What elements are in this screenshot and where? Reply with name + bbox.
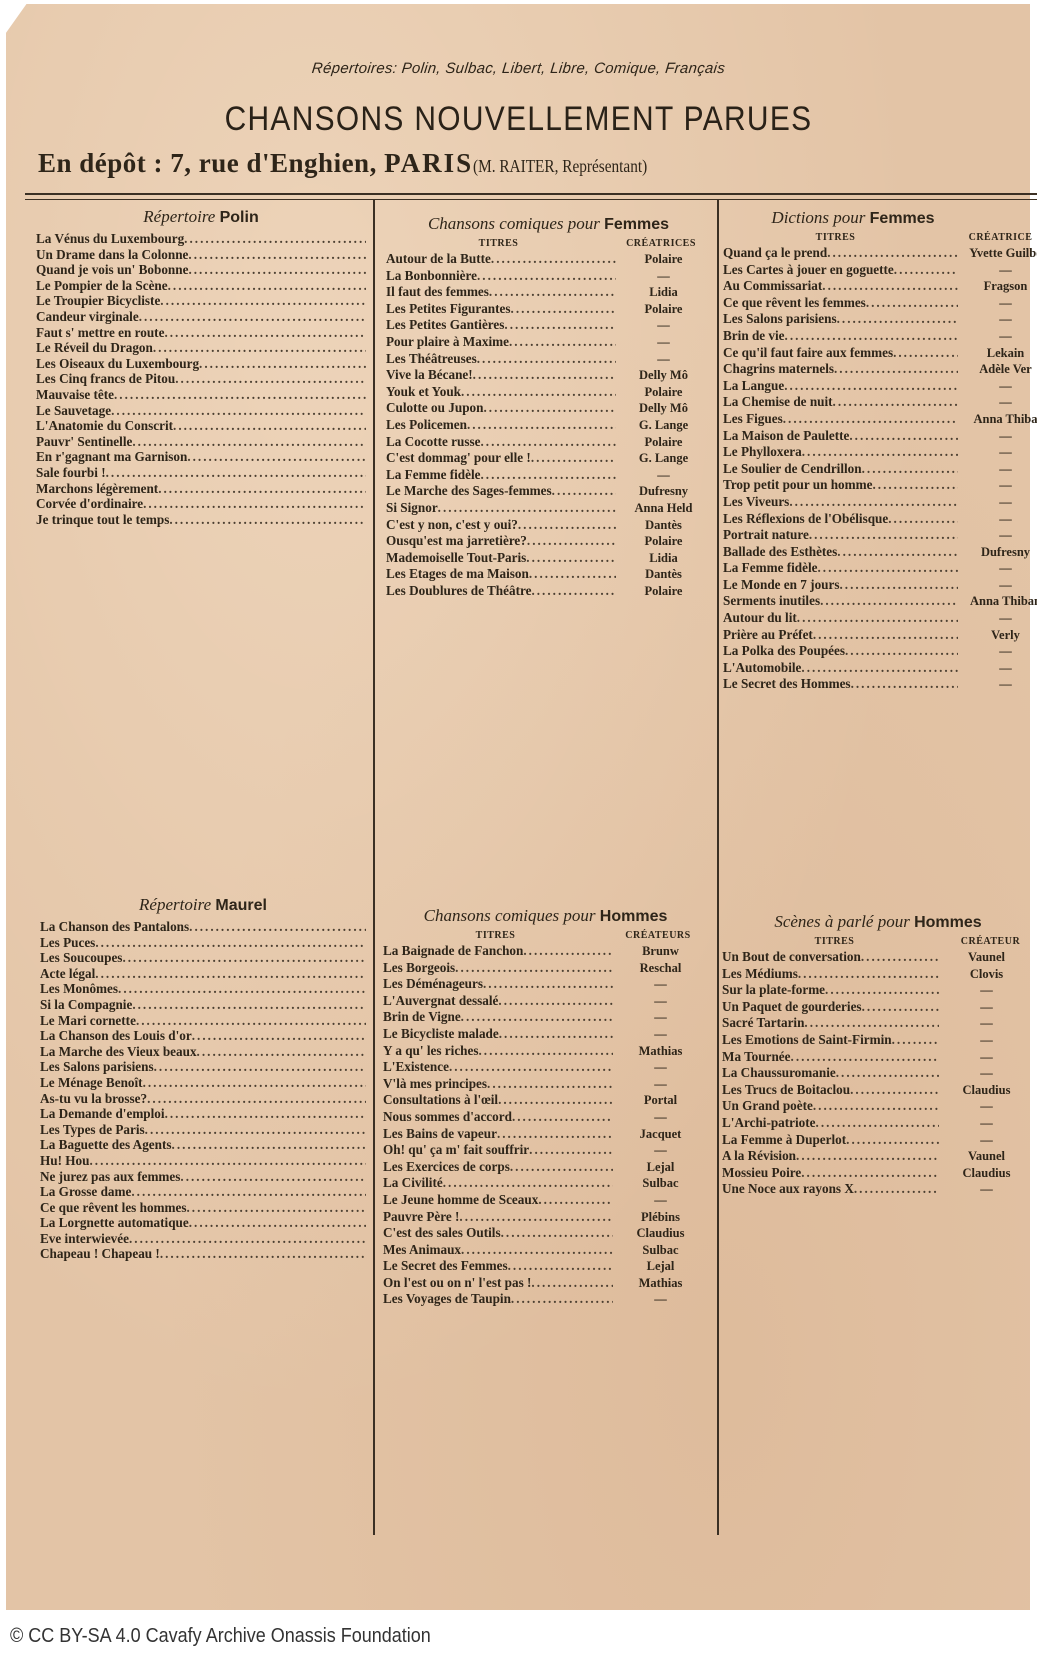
list-item: Chapeau ! Chapeau ! <box>40 1246 366 1262</box>
leader-dots <box>473 367 616 383</box>
leader-dots <box>153 340 366 356</box>
song-creator: Lidia <box>616 551 711 567</box>
song-creator: — <box>613 1027 708 1043</box>
song-creator: Portal <box>613 1093 708 1109</box>
song-creator: — <box>616 352 711 368</box>
song-title: Chapeau ! Chapeau ! <box>40 1246 160 1262</box>
leader-dots <box>785 328 958 344</box>
song-title: Pauvre Père ! <box>383 1209 459 1225</box>
song-title: Les Bains de vapeur <box>383 1126 497 1142</box>
leader-dots <box>145 1122 366 1138</box>
leader-dots <box>813 627 958 643</box>
list-item: Sacré Tartarin— <box>722 1015 1034 1032</box>
leader-dots <box>851 676 958 692</box>
song-title: Ce que rêvent les hommes <box>40 1200 187 1216</box>
leader-dots <box>461 1009 613 1025</box>
leader-dots <box>160 1246 366 1262</box>
song-title: La Maison de Paulette <box>723 428 849 444</box>
song-creator: — <box>616 318 711 334</box>
song-list: Quand ça le prendYvette GuilbeLes Cartes… <box>723 245 1037 693</box>
list-item: C'est dommag' pour elle !G. Lange <box>386 450 711 467</box>
leader-dots <box>498 1092 613 1108</box>
section-scenes-hommes: Scènes à parlé pour Hommes TITRES CRÉATE… <box>722 912 1034 1198</box>
list-item: Mossieu PoireClaudius <box>722 1165 1034 1182</box>
song-title: L'Existence <box>383 1059 449 1075</box>
song-creator: Reschal <box>613 961 708 977</box>
leader-dots <box>487 1076 613 1092</box>
song-creator: — <box>958 528 1037 544</box>
leader-dots <box>538 1192 613 1208</box>
song-title: Ballade des Esthètes <box>723 544 837 560</box>
list-item: La Bonbonnière— <box>386 268 711 285</box>
list-item: L'Existence— <box>383 1059 708 1076</box>
list-item: Mademoiselle Tout-ParisLidia <box>386 550 711 567</box>
song-title: C'est dommag' pour elle ! <box>386 450 531 466</box>
list-item: Marchons légèrement <box>36 481 366 497</box>
song-creator: — <box>613 1110 708 1126</box>
leader-dots <box>491 251 616 267</box>
leader-dots <box>845 643 958 659</box>
list-item: C'est des sales OutilsClaudius <box>383 1225 708 1242</box>
list-item: Nous sommes d'accord— <box>383 1109 708 1126</box>
leader-dots <box>489 284 616 300</box>
list-item: Corvée d'ordinaire <box>36 496 366 512</box>
list-item: Portrait nature— <box>723 527 1037 544</box>
song-title: L'Auvergnat dessalé <box>383 993 498 1009</box>
leader-dots <box>443 1175 613 1191</box>
leader-dots <box>512 1109 613 1125</box>
song-creator: G. Lange <box>616 418 711 434</box>
song-title: La Polka des Poupées <box>723 643 845 659</box>
list-item: Le Troupier Bicycliste <box>36 293 366 309</box>
song-title: L'Automobile <box>723 660 801 676</box>
list-item: Youk et YoukPolaire <box>386 384 711 401</box>
song-title: Youk et Youk <box>386 384 461 400</box>
song-creator: — <box>958 429 1037 445</box>
list-item: Les Cartes à jouer en goguette— <box>723 262 1037 279</box>
song-creator: Anna Held <box>616 501 711 517</box>
song-creator: Dantès <box>616 518 711 534</box>
list-item: Si SignorAnna Held <box>386 500 711 517</box>
song-title: Mauvaise tête <box>36 387 114 403</box>
leader-dots <box>467 417 616 433</box>
leader-dots <box>199 356 366 372</box>
leader-dots <box>154 1059 366 1075</box>
song-creator: — <box>939 1182 1034 1198</box>
song-creator: — <box>958 661 1037 677</box>
section-title: Dictions pour Femmes <box>723 208 983 228</box>
song-title: La Grosse dame <box>40 1184 131 1200</box>
song-title: Corvée d'ordinaire <box>36 496 143 512</box>
leader-dots <box>784 378 958 394</box>
song-title: Les Viveurs <box>723 494 789 510</box>
song-title: A la Révision <box>722 1148 796 1164</box>
song-creator: Vaunel <box>939 950 1034 966</box>
col-titles: TITRES <box>383 930 608 941</box>
song-title: C'est y non, c'est y oui? <box>386 517 518 533</box>
song-title: Les Borgeois <box>383 960 455 976</box>
list-item: Les Monômes <box>40 981 366 997</box>
leader-dots <box>888 511 958 527</box>
leader-dots <box>95 935 366 951</box>
song-title: Le Troupier Bicycliste <box>36 293 160 309</box>
song-creator: Polaire <box>616 385 711 401</box>
list-item: Pauvre Père !Plébins <box>383 1209 708 1226</box>
leader-dots <box>801 1165 939 1181</box>
song-creator: Claudius <box>613 1226 708 1242</box>
list-item: Brin de Vigne— <box>383 1009 708 1026</box>
section-dictions-femmes: Dictions pour Femmes TITRES CRÉATRICE Qu… <box>723 208 1037 693</box>
song-title: L'Anatomie du Conscrit <box>36 418 173 434</box>
song-title: Les Médiums <box>722 966 798 982</box>
song-creator: — <box>939 1133 1034 1149</box>
list-item: Un Grand poète— <box>722 1098 1034 1115</box>
leader-dots <box>461 384 616 400</box>
song-list: La Chanson des PantalonsLes PucesLes Sou… <box>40 919 366 1262</box>
list-item: Les Doublures de ThéâtrePolaire <box>386 583 711 600</box>
song-creator: — <box>958 644 1037 660</box>
song-title: Ousqu'est ma jarretière? <box>386 533 527 549</box>
list-item: La Femme fidèle— <box>386 467 711 484</box>
song-creator: — <box>958 495 1037 511</box>
list-item: La Chanson des Louis d'or <box>40 1028 366 1044</box>
song-creator: Clovis <box>939 967 1034 983</box>
leader-dots <box>95 966 366 982</box>
list-item: Les Viveurs— <box>723 494 1037 511</box>
song-title: Marchons légèrement <box>36 481 158 497</box>
song-creator: Polaire <box>616 435 711 451</box>
song-creator: G. Lange <box>616 451 711 467</box>
leader-dots <box>850 1082 939 1098</box>
song-creator: Anna Thiban <box>958 594 1037 610</box>
song-creator: — <box>939 1000 1034 1016</box>
column-headers: TITRES CRÉATEURS <box>383 930 708 941</box>
song-creator: Jacquet <box>613 1127 708 1143</box>
list-item: Ce que rêvent les hommes <box>40 1200 366 1216</box>
list-item: Les Cinq francs de Pitou <box>36 371 366 387</box>
song-title: Les Policemen <box>386 417 467 433</box>
song-title: Trop petit pour un homme <box>723 477 872 493</box>
song-creator: — <box>613 1193 708 1209</box>
list-item: La Marche des Vieux beaux <box>40 1044 366 1060</box>
song-creator: — <box>616 269 711 285</box>
leader-dots <box>175 371 366 387</box>
list-item: On l'est ou on n' l'est pas !Mathias <box>383 1275 708 1292</box>
leader-dots <box>791 1049 939 1065</box>
list-item: A la RévisionVaunel <box>722 1148 1034 1165</box>
song-list: Un Bout de conversationVaunelLes Médiums… <box>722 949 1034 1198</box>
leader-dots <box>526 550 616 566</box>
leader-dots <box>477 351 616 367</box>
song-title: La Marche des Vieux beaux <box>40 1044 197 1060</box>
leader-dots <box>797 610 958 626</box>
leader-dots <box>498 993 613 1009</box>
song-title: Les Cartes à jouer en goguette <box>723 262 894 278</box>
list-item: Hu! Hou <box>40 1153 366 1169</box>
list-item: Le Pompier de la Scène <box>36 278 366 294</box>
leader-dots <box>861 949 939 965</box>
list-item: Une Noce aux rayons X— <box>722 1181 1034 1198</box>
list-item: Sale fourbi ! <box>36 465 366 481</box>
song-creator: Claudius <box>939 1083 1034 1099</box>
song-title: On l'est ou on n' l'est pas ! <box>383 1275 531 1291</box>
list-item: Les Emotions de Saint-Firmin— <box>722 1032 1034 1049</box>
section-comiques-femmes: Chansons comiques pour Femmes TITRES CRÉ… <box>386 214 711 599</box>
song-title: Eve interwievée <box>40 1231 129 1247</box>
song-title: Le Jeune homme de Sceaux <box>383 1192 538 1208</box>
song-title: Les Types de Paris <box>40 1122 145 1138</box>
list-item: La Chanson des Pantalons <box>40 919 366 935</box>
song-title: Les Cinq francs de Pitou <box>36 371 175 387</box>
song-creator: Mathias <box>613 1276 708 1292</box>
list-item: Le Secret des Hommes— <box>723 676 1037 693</box>
song-title: Les Théâtreuses <box>386 351 477 367</box>
leader-dots <box>511 1291 613 1307</box>
leader-dots <box>187 1200 367 1216</box>
list-item: Les Petites Gantières— <box>386 317 711 334</box>
list-item: Quand je vois un' Bobonne <box>36 262 366 278</box>
list-item: Serments inutilesAnna Thiban <box>723 593 1037 610</box>
list-item: Mauvaise tête <box>36 387 366 403</box>
song-creator: — <box>958 611 1037 627</box>
list-item: Consultations à l'œilPortal <box>383 1092 708 1109</box>
song-title: Serments inutiles <box>723 593 820 609</box>
song-title: Les Monômes <box>40 981 118 997</box>
leader-dots <box>523 943 613 959</box>
leader-dots <box>481 434 617 450</box>
song-title: La Femme fidèle <box>386 467 480 483</box>
list-item: Vive la Bécane!Delly Mô <box>386 367 711 384</box>
song-title: V'là mes principes <box>383 1076 487 1092</box>
song-title: Le Bicycliste malade <box>383 1026 499 1042</box>
section-title: Répertoire Polin <box>36 207 366 227</box>
list-item: La Femme à Duperlot— <box>722 1132 1034 1149</box>
repertoires-line: Répertoires: Polin, Sulbac, Libert, Libr… <box>0 60 1037 77</box>
list-item: Oh! qu' ça m' fait souffrir— <box>383 1142 708 1159</box>
song-creator: — <box>613 1143 708 1159</box>
song-title: La Chanson des Louis d'or <box>40 1028 192 1044</box>
leader-dots <box>802 444 958 460</box>
song-title: Sale fourbi ! <box>36 465 106 481</box>
column-divider-left <box>373 200 375 1535</box>
list-item: La CivilitéSulbac <box>383 1175 708 1192</box>
list-item: Les Petites FigurantesPolaire <box>386 301 711 318</box>
leader-dots <box>849 428 958 444</box>
song-creator: Adèle Ver <box>958 362 1037 378</box>
song-title: La Femme fidèle <box>723 560 817 576</box>
list-item: Le Réveil du Dragon <box>36 340 366 356</box>
leader-dots <box>461 1242 613 1258</box>
song-creator: — <box>616 468 711 484</box>
list-item: Ce que rêvent les femmes— <box>723 295 1037 312</box>
leader-dots <box>180 1169 366 1185</box>
leader-dots <box>122 950 366 966</box>
song-title: La Lorgnette automatique <box>40 1215 189 1231</box>
leader-dots <box>822 278 958 294</box>
list-item: As-tu vu la brosse? <box>40 1091 366 1107</box>
list-item: Les Puces <box>40 935 366 951</box>
song-creator: Plébins <box>613 1210 708 1226</box>
song-creator: — <box>616 335 711 351</box>
list-item: La Cocotte russePolaire <box>386 434 711 451</box>
leader-dots <box>509 334 616 350</box>
col-creators: CRÉATEURS <box>608 930 708 941</box>
song-creator: — <box>958 561 1037 577</box>
leader-dots <box>552 483 616 499</box>
leader-dots <box>483 400 616 416</box>
song-creator: — <box>939 1016 1034 1032</box>
list-item: Autour de la ButtePolaire <box>386 251 711 268</box>
list-item: Le Bicycliste malade— <box>383 1026 708 1043</box>
song-title: Portrait nature <box>723 527 809 543</box>
leader-dots <box>111 403 366 419</box>
list-item: La Lorgnette automatique <box>40 1215 366 1231</box>
leader-dots <box>169 512 366 528</box>
song-title: Le Phylloxera <box>723 444 802 460</box>
leader-dots <box>131 1184 366 1200</box>
song-creator: — <box>613 1060 708 1076</box>
header-rule <box>25 193 1037 195</box>
song-title: Ce qu'il faut faire aux femmes <box>723 345 893 361</box>
song-creator: — <box>939 1066 1034 1082</box>
song-title: Les Déménageurs <box>383 976 483 992</box>
song-title: La Chaussuromanie <box>722 1065 836 1081</box>
leader-dots <box>816 1115 939 1131</box>
song-title: Les Petites Gantières <box>386 317 504 333</box>
leader-dots <box>796 1148 939 1164</box>
list-item: Autour du lit— <box>723 610 1037 627</box>
song-title: Les Puces <box>40 935 95 951</box>
song-creator: — <box>958 379 1037 395</box>
song-title: La Femme à Duperlot <box>722 1132 846 1148</box>
leader-dots <box>501 1225 613 1241</box>
song-creator: Brunw <box>613 944 708 960</box>
leader-dots <box>817 560 958 576</box>
list-item: Prière au PréfetVerly <box>723 627 1037 644</box>
leader-dots <box>529 566 616 582</box>
song-creator: — <box>958 329 1037 345</box>
list-item: Le Secret des FemmesLejal <box>383 1258 708 1275</box>
leader-dots <box>840 577 959 593</box>
leader-dots <box>837 544 958 560</box>
song-title: As-tu vu la brosse? <box>40 1091 147 1107</box>
song-title: Les Emotions de Saint-Firmin <box>722 1032 892 1048</box>
list-item: Les Déménageurs— <box>383 976 708 993</box>
song-title: Pour plaire à Maxime <box>386 334 509 350</box>
leader-dots <box>783 411 958 427</box>
song-title: Autour du lit <box>723 610 797 626</box>
leader-dots <box>164 325 366 341</box>
list-item: Y a qu' les richesMathias <box>383 1043 708 1060</box>
list-item: La Polka des Poupées— <box>723 643 1037 660</box>
song-creator: — <box>613 1077 708 1093</box>
list-item: Les Etages de ma MaisonDantès <box>386 566 711 583</box>
list-item: Les MédiumsClovis <box>722 966 1034 983</box>
song-title: Pauvr' Sentinelle <box>36 434 132 450</box>
song-creator: — <box>958 312 1037 328</box>
song-creator: Verly <box>958 628 1037 644</box>
list-item: Les Soucoupes <box>40 950 366 966</box>
leader-dots <box>158 481 366 497</box>
song-title: Une Noce aux rayons X <box>722 1181 854 1197</box>
song-title: Les Voyages de Taupin <box>383 1291 511 1307</box>
song-title: Un Drame dans la Colonne <box>36 247 188 263</box>
song-creator: — <box>958 395 1037 411</box>
leader-dots <box>499 1026 613 1042</box>
column-headers: TITRES CRÉATRICES <box>386 238 711 249</box>
section-title: Chansons comiques pour Hommes <box>383 906 708 926</box>
song-title: Le Soulier de Cendrillon <box>723 461 862 477</box>
col-creators: CRÉATRICES <box>611 238 711 249</box>
song-creator: Mathias <box>613 1044 708 1060</box>
song-creator: Dantès <box>616 567 711 583</box>
leader-dots <box>531 583 616 599</box>
song-creator: Lidia <box>616 285 711 301</box>
list-item: Les Trucs de BoitaclouClaudius <box>722 1082 1034 1099</box>
list-item: Sur la plate-forme— <box>722 982 1034 999</box>
leader-dots <box>529 1142 613 1158</box>
song-title: Le Réveil du Dragon <box>36 340 153 356</box>
section-comiques-hommes: Chansons comiques pour Hommes TITRES CRÉ… <box>383 906 708 1308</box>
song-creator: — <box>958 512 1037 528</box>
song-title: Le Ménage Benoît <box>40 1075 143 1091</box>
leader-dots <box>894 262 958 278</box>
list-item: Les BorgeoisReschal <box>383 960 708 977</box>
song-title: Mossieu Poire <box>722 1165 801 1181</box>
list-item: Le Soulier de Cendrillon— <box>723 461 1037 478</box>
song-creator: — <box>958 263 1037 279</box>
song-title: Les Salons parisiens <box>723 311 837 327</box>
list-item: Quand ça le prendYvette Guilbe <box>723 245 1037 262</box>
list-item: Mes AnimauxSulbac <box>383 1242 708 1259</box>
leader-dots <box>160 293 366 309</box>
leader-dots <box>531 450 616 466</box>
list-item: Le Ménage Benoît <box>40 1075 366 1091</box>
leader-dots <box>527 533 616 549</box>
list-item: L'Auvergnat dessalé— <box>383 993 708 1010</box>
leader-dots <box>187 449 366 465</box>
song-title: Consultations à l'œil <box>383 1092 498 1108</box>
song-title: Les Exercices de corps <box>383 1159 510 1175</box>
leader-dots <box>188 262 366 278</box>
song-title: La Chanson des Pantalons <box>40 919 189 935</box>
song-creator: Dufresny <box>958 545 1037 561</box>
copyright-notice: © CC BY-SA 4.0 Cavafy Archive Onassis Fo… <box>10 1625 431 1648</box>
leader-dots <box>189 1215 366 1231</box>
song-creator: Dufresny <box>616 484 711 500</box>
list-item: La Grosse dame <box>40 1184 366 1200</box>
song-title: Les Petites Figurantes <box>386 301 511 317</box>
song-creator: — <box>958 677 1037 693</box>
song-title: Brin de vie <box>723 328 785 344</box>
list-item: Au CommissariatFragson <box>723 278 1037 295</box>
list-item: Brin de vie— <box>723 328 1037 345</box>
leader-dots <box>836 1065 939 1081</box>
song-title: Sacré Tartarin <box>722 1015 804 1031</box>
song-title: La Cocotte russe <box>386 434 481 450</box>
leader-dots <box>804 1015 939 1031</box>
list-item: Le Marche des Sages-femmesDufresny <box>386 483 711 500</box>
list-item: Les Types de Paris <box>40 1122 366 1138</box>
list-item: L'Automobile— <box>723 660 1037 677</box>
song-title: Mademoiselle Tout-Paris <box>386 550 526 566</box>
song-creator: — <box>958 578 1037 594</box>
list-item: C'est y non, c'est y oui?Dantès <box>386 517 711 534</box>
song-creator: — <box>958 445 1037 461</box>
col-creators: CRÉATEUR <box>947 936 1034 947</box>
leader-dots <box>833 394 958 410</box>
song-title: Je trinque tout le temps <box>36 512 169 528</box>
